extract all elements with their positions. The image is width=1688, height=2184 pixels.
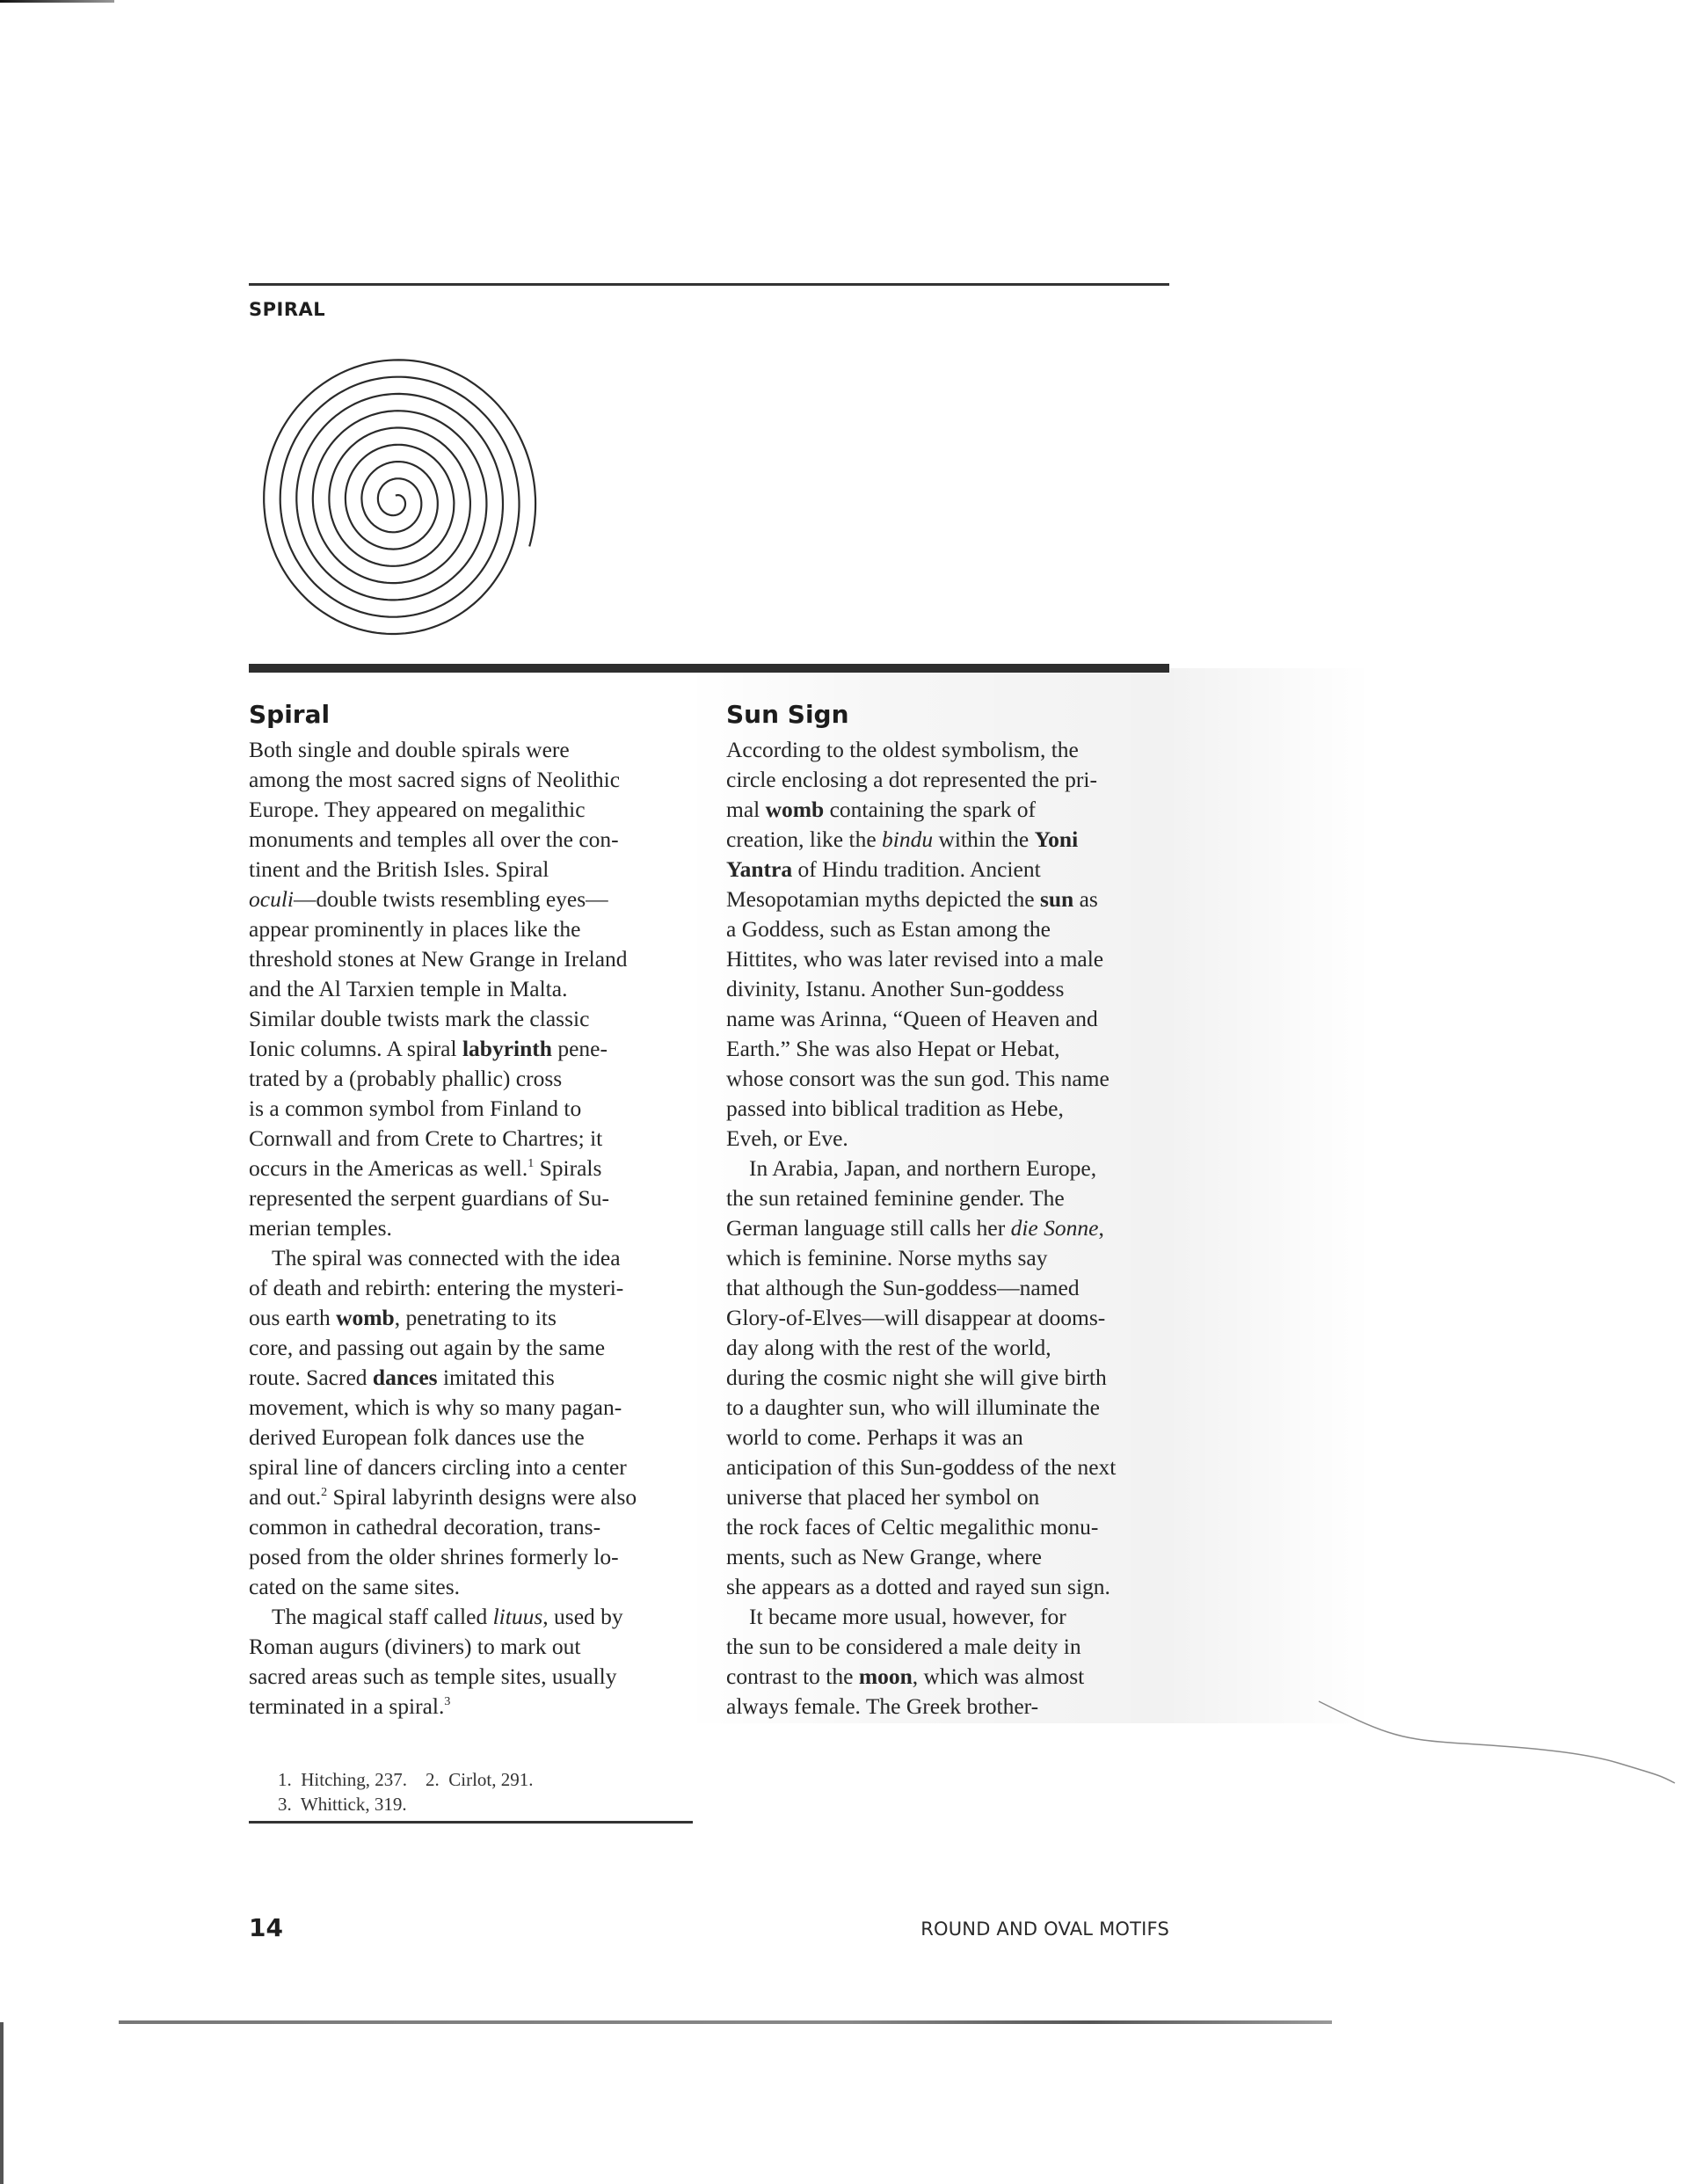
text-line: monuments and temples all over the con- (249, 825, 697, 855)
text-line: among the most sacred signs of Neolithic (249, 765, 697, 795)
text-run: passed into biblical tradition as Hebe, (726, 1096, 1064, 1121)
text-line: passed into biblical tradition as Hebe, (726, 1094, 1175, 1124)
text-run: the sun retained feminine gender. The (726, 1185, 1065, 1211)
footnote-line: 3. Whittick, 319. (278, 1792, 534, 1816)
text-line: German language still calls her die Sonn… (726, 1213, 1175, 1243)
text-line: creation, like the bindu within the Yoni (726, 825, 1175, 855)
entry-sun-sign: Sun Sign According to the oldest symboli… (726, 695, 1175, 1722)
text-run: name was Arinna, “Queen of Heaven and (726, 1006, 1098, 1031)
text-run: ments, such as New Grange, where (726, 1544, 1042, 1569)
text-run: among the most sacred signs of Neolithic (249, 767, 620, 792)
text-line: universe that placed her symbol on (726, 1482, 1175, 1512)
text-run: mal (726, 797, 766, 822)
text-line: always female. The Greek brother- (726, 1692, 1175, 1722)
text-run: divinity, Istanu. Another Sun-goddess (726, 976, 1064, 1001)
text-line: Both single and double spirals were (249, 735, 697, 765)
text-line: contrast to the moon, which was almost (726, 1662, 1175, 1692)
text-run: pene- (552, 1036, 608, 1061)
text-line: terminated in a spiral.3 (249, 1692, 697, 1722)
text-run: terminated in a spiral. (249, 1693, 444, 1719)
text-run: It became more usual, however, for (749, 1604, 1066, 1629)
text-run: , which was almost (913, 1663, 1084, 1689)
text-run: ous earth (249, 1305, 336, 1330)
text-run: and the Al Tarxien temple in Malta. (249, 976, 567, 1001)
italic-term: bindu (882, 826, 933, 852)
text-run: always female. The Greek brother- (726, 1693, 1038, 1719)
bold-cross-reference: womb (766, 797, 825, 822)
text-run: of Hindu tradition. Ancient (792, 856, 1041, 882)
text-run: Europe. They appeared on megalithic (249, 797, 586, 822)
bold-cross-reference: sun (1040, 886, 1073, 912)
spiral-icon (244, 343, 548, 651)
text-line: spiral line of dancers circling into a c… (249, 1452, 697, 1482)
text-run: world to come. Perhaps it was an (726, 1424, 1023, 1450)
section-divider-rule (249, 664, 1169, 673)
text-line: The magical staff called lituus, used by (249, 1602, 697, 1632)
text-run: , used by (542, 1604, 622, 1629)
text-run: derived European folk dances use the (249, 1424, 585, 1450)
text-run: which is feminine. Norse myths say (726, 1245, 1047, 1270)
text-line: According to the oldest symbolism, the (726, 735, 1175, 765)
entry-heading: Spiral (249, 695, 697, 735)
text-run: as (1073, 886, 1098, 912)
text-run: trated by a (probably phallic) cross (249, 1066, 562, 1091)
text-run: , (1098, 1215, 1103, 1241)
footnote-marker: 3 (444, 1695, 450, 1708)
text-line: anticipation of this Sun-goddess of the … (726, 1452, 1175, 1482)
text-line: trated by a (probably phallic) cross (249, 1064, 697, 1094)
text-run: is a common symbol from Finland to (249, 1096, 581, 1121)
text-run: of death and rebirth: entering the myste… (249, 1275, 623, 1300)
scan-artifact-curve (1310, 1679, 1679, 1785)
text-run: containing the spark of (824, 797, 1036, 822)
text-line: Similar double twists mark the classic (249, 1004, 697, 1034)
text-line: the rock faces of Celtic megalithic monu… (726, 1512, 1175, 1542)
text-run: she appears as a dotted and rayed sun si… (726, 1574, 1110, 1599)
text-line: to a daughter sun, who will illuminate t… (726, 1393, 1175, 1423)
text-line: core, and passing out again by the same (249, 1333, 697, 1363)
text-run: universe that placed her symbol on (726, 1484, 1039, 1510)
text-line: ous earth womb, penetrating to its (249, 1303, 697, 1333)
text-run: threshold stones at New Grange in Irelan… (249, 946, 628, 972)
text-run: Similar double twists mark the classic (249, 1006, 589, 1031)
text-run: route. Sacred (249, 1365, 373, 1390)
entry-body: According to the oldest symbolism, theci… (726, 735, 1175, 1722)
text-line: day along with the rest of the world, (726, 1333, 1175, 1363)
text-run: imitated this (438, 1365, 555, 1390)
page-edge (0, 0, 114, 3)
running-footer: ROUND AND OVAL MOTIFS (866, 1918, 1169, 1940)
text-line: divinity, Istanu. Another Sun-goddess (726, 974, 1175, 1004)
text-run: Cornwall and from Crete to Chartres; it (249, 1125, 602, 1151)
text-run: Roman augurs (diviners) to mark out (249, 1634, 580, 1659)
text-line: of death and rebirth: entering the myste… (249, 1273, 697, 1303)
text-run: circle enclosing a dot represented the p… (726, 767, 1097, 792)
text-line: common in cathedral decoration, trans- (249, 1512, 697, 1542)
text-line: cated on the same sites. (249, 1572, 697, 1602)
footnote-rule (249, 1821, 693, 1824)
entry-body: Both single and double spirals wereamong… (249, 735, 697, 1722)
text-run: Hittites, who was later revised into a m… (726, 946, 1103, 972)
text-run: In Arabia, Japan, and northern Europe, (749, 1155, 1096, 1181)
text-line: tinent and the British Isles. Spiral (249, 855, 697, 885)
text-line: appear prominently in places like the (249, 914, 697, 944)
text-run: within the (933, 826, 1034, 852)
text-line: Cornwall and from Crete to Chartres; it (249, 1124, 697, 1154)
text-line: a Goddess, such as Estan among the (726, 914, 1175, 944)
text-run: merian temples. (249, 1215, 392, 1241)
text-line: whose consort was the sun god. This name (726, 1064, 1175, 1094)
text-line: circle enclosing a dot represented the p… (726, 765, 1175, 795)
text-line: Roman augurs (diviners) to mark out (249, 1632, 697, 1662)
text-line: Hittites, who was later revised into a m… (726, 944, 1175, 974)
text-run: cated on the same sites. (249, 1574, 460, 1599)
text-line: mal womb containing the spark of (726, 795, 1175, 825)
text-line: world to come. Perhaps it was an (726, 1423, 1175, 1452)
text-run: represented the serpent guardians of Su- (249, 1185, 609, 1211)
text-run: posed from the older shrines formerly lo… (249, 1544, 619, 1569)
text-line: route. Sacred dances imitated this (249, 1363, 697, 1393)
text-run: whose consort was the sun god. This name (726, 1066, 1110, 1091)
text-line: the sun retained feminine gender. The (726, 1183, 1175, 1213)
bold-cross-reference: Yoni (1035, 826, 1079, 852)
text-line: Glory-of-Elves—will disappear at dooms- (726, 1303, 1175, 1333)
text-line: In Arabia, Japan, and northern Europe, (726, 1154, 1175, 1183)
text-line: occurs in the Americas as well.1 Spirals (249, 1154, 697, 1183)
text-line: threshold stones at New Grange in Irelan… (249, 944, 697, 974)
text-line: the sun to be considered a male deity in (726, 1632, 1175, 1662)
italic-term: lituus (493, 1604, 543, 1629)
header-rule (249, 283, 1169, 286)
text-line: represented the serpent guardians of Su- (249, 1183, 697, 1213)
text-run: creation, like the (726, 826, 882, 852)
text-line: Earth.” She was also Hepat or Hebat, (726, 1034, 1175, 1064)
text-run: According to the oldest symbolism, the (726, 737, 1079, 762)
text-line: which is feminine. Norse myths say (726, 1243, 1175, 1273)
text-run: Mesopotamian myths depicted the (726, 886, 1040, 912)
text-line: and out.2 Spiral labyrinth designs were … (249, 1482, 697, 1512)
text-run: Both single and double spirals were (249, 737, 570, 762)
italic-term: oculi (249, 886, 294, 912)
page-edge (0, 2022, 4, 2184)
page-bottom-edge (119, 2020, 1332, 2024)
text-run: monuments and temples all over the con- (249, 826, 619, 852)
italic-term: die Sonne (1011, 1215, 1099, 1241)
text-line: movement, which is why so many pagan- (249, 1393, 697, 1423)
text-line: she appears as a dotted and rayed sun si… (726, 1572, 1175, 1602)
text-run: appear prominently in places like the (249, 916, 580, 942)
bold-cross-reference: dances (373, 1365, 438, 1390)
section-label: SPIRAL (249, 299, 325, 320)
text-run: movement, which is why so many pagan- (249, 1394, 622, 1420)
text-run: that although the Sun-goddess—named (726, 1275, 1080, 1300)
text-line: oculi—double twists resembling eyes— (249, 885, 697, 914)
text-run: contrast to the (726, 1663, 859, 1689)
text-run: occurs in the Americas as well. (249, 1155, 527, 1181)
text-run: day along with the rest of the world, (726, 1335, 1051, 1360)
text-run: to a daughter sun, who will illuminate t… (726, 1394, 1100, 1420)
text-line: that although the Sun-goddess—named (726, 1273, 1175, 1303)
text-run: during the cosmic night she will give bi… (726, 1365, 1107, 1390)
footnotes: 1. Hitching, 237. 2. Cirlot, 291. 3. Whi… (278, 1767, 534, 1816)
text-run: Earth.” She was also Hepat or Hebat, (726, 1036, 1060, 1061)
text-run: Ionic columns. A spiral (249, 1036, 462, 1061)
text-run: the rock faces of Celtic megalithic monu… (726, 1514, 1098, 1540)
text-run: The magical staff called (272, 1604, 493, 1629)
text-line: during the cosmic night she will give bi… (726, 1363, 1175, 1393)
text-run: and out. (249, 1484, 321, 1510)
text-line: Eveh, or Eve. (726, 1124, 1175, 1154)
bold-cross-reference: Yantra (726, 856, 792, 882)
text-run: , penetrating to its (395, 1305, 557, 1330)
text-line: posed from the older shrines formerly lo… (249, 1542, 697, 1572)
text-run: Glory-of-Elves—will disappear at dooms- (726, 1305, 1105, 1330)
text-run: —double twists resembling eyes— (294, 886, 608, 912)
text-line: sacred areas such as temple sites, usual… (249, 1662, 697, 1692)
text-line: Mesopotamian myths depicted the sun as (726, 885, 1175, 914)
text-line: and the Al Tarxien temple in Malta. (249, 974, 697, 1004)
bold-cross-reference: moon (859, 1663, 913, 1689)
text-run: spiral line of dancers circling into a c… (249, 1454, 627, 1480)
text-run: Eveh, or Eve. (726, 1125, 848, 1151)
text-line: Europe. They appeared on megalithic (249, 795, 697, 825)
entry-heading: Sun Sign (726, 695, 1175, 735)
text-run: core, and passing out again by the same (249, 1335, 605, 1360)
text-line: The spiral was connected with the idea (249, 1243, 697, 1273)
footnote-line: 1. Hitching, 237. 2. Cirlot, 291. (278, 1767, 534, 1792)
text-run: sacred areas such as temple sites, usual… (249, 1663, 616, 1689)
text-line: It became more usual, however, for (726, 1602, 1175, 1632)
text-run: Spirals (534, 1155, 601, 1181)
text-run: Spiral labyrinth designs were also (327, 1484, 637, 1510)
text-run: anticipation of this Sun-goddess of the … (726, 1454, 1116, 1480)
text-run: common in cathedral decoration, trans- (249, 1514, 600, 1540)
text-run: the sun to be considered a male deity in (726, 1634, 1081, 1659)
text-line: ments, such as New Grange, where (726, 1542, 1175, 1572)
bold-cross-reference: womb (336, 1305, 395, 1330)
text-run: The spiral was connected with the idea (272, 1245, 621, 1270)
text-line: derived European folk dances use the (249, 1423, 697, 1452)
text-line: is a common symbol from Finland to (249, 1094, 697, 1124)
text-line: merian temples. (249, 1213, 697, 1243)
text-run: tinent and the British Isles. Spiral (249, 856, 549, 882)
text-run: German language still calls her (726, 1215, 1011, 1241)
entry-spiral: Spiral Both single and double spirals we… (249, 695, 697, 1722)
text-line: Ionic columns. A spiral labyrinth pene- (249, 1034, 697, 1064)
bold-cross-reference: labyrinth (462, 1036, 552, 1061)
text-line: name was Arinna, “Queen of Heaven and (726, 1004, 1175, 1034)
text-run: a Goddess, such as Estan among the (726, 916, 1051, 942)
page-number: 14 (249, 1913, 283, 1942)
text-line: Yantra of Hindu tradition. Ancient (726, 855, 1175, 885)
